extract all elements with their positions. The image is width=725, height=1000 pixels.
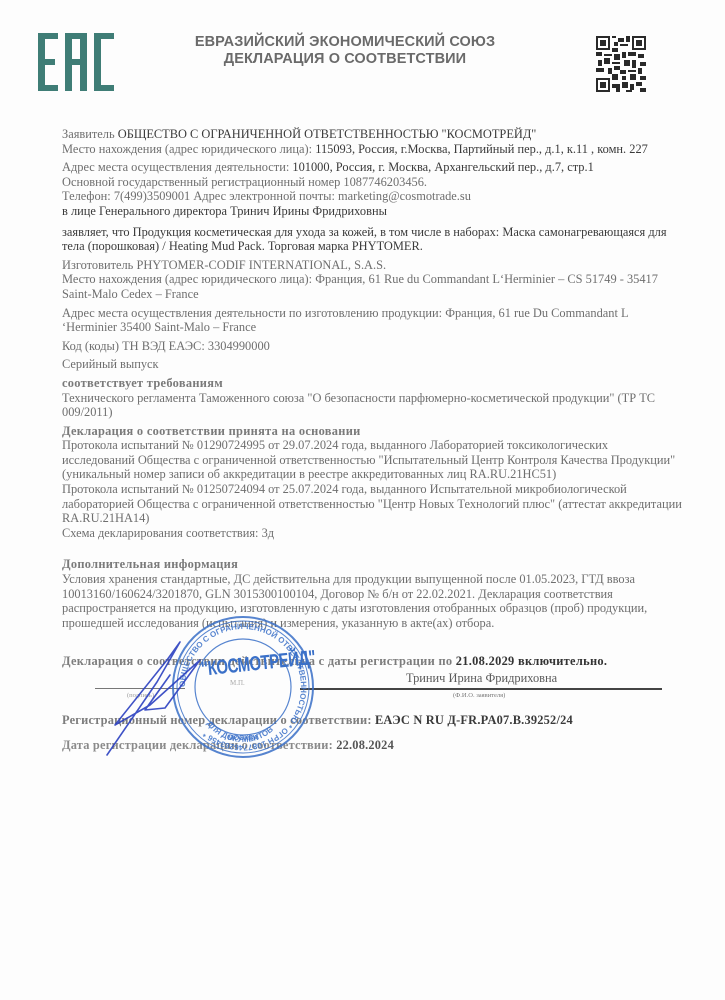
name-caption: (Ф.И.О. заявителя) xyxy=(453,692,505,699)
basis-heading: Декларация о соответствии принята на осн… xyxy=(62,424,682,439)
signer-name: Тринич Ирина Фридриховна xyxy=(406,671,557,686)
applicant-contacts: Телефон: 7(499)3509001 Адрес электронной… xyxy=(62,189,682,204)
compliance-heading: соответствует требованиям xyxy=(62,376,682,391)
signature-caption: (подпись) xyxy=(127,692,154,699)
ogrn-label: Основной государственный регистрационный… xyxy=(62,175,340,189)
phone-value: 7(499)3509001 xyxy=(114,189,190,203)
applicant-legal-address: Место нахождения (адрес юридического лиц… xyxy=(62,142,682,157)
qr-code-icon xyxy=(596,36,646,92)
activity-address-label: Адрес места осуществления деятельности: xyxy=(62,160,289,174)
registration-date-line: Дата регистрации декларации о соответств… xyxy=(62,738,394,753)
applicant-label: Заявитель xyxy=(62,127,115,141)
email-value: marketing@cosmotrade.su xyxy=(338,189,471,203)
registration-number-line: Регистрационный номер декларации о соотв… xyxy=(62,713,573,728)
eac-letter-a xyxy=(65,33,87,91)
applicant-line: Заявитель ОБЩЕСТВО С ОГРАНИЧЕННОЙ ОТВЕТС… xyxy=(62,127,682,142)
manufacturer-label: Изготовитель xyxy=(62,258,133,272)
product-description-value: Продукция косметическая для ухода за кож… xyxy=(62,225,667,254)
validity-date: 21.08.2029 xyxy=(456,654,515,668)
seal-place-caption: М.П. xyxy=(230,679,245,687)
registration-date-label: Дата регистрации декларации о соответств… xyxy=(62,738,333,752)
phone-label: Телефон: xyxy=(62,189,111,203)
registration-date-value: 22.08.2024 xyxy=(336,738,394,752)
name-line xyxy=(300,688,662,690)
manufacturer-value: PHYTOMER-CODIF INTERNATIONAL, S.A.S. xyxy=(136,258,386,272)
additional-info-text: Условия хранения стандартные, ДС действи… xyxy=(62,572,682,630)
hs-code-value: 3304990000 xyxy=(208,339,270,353)
manufacturer-legal-address: Место нахождения (адрес юридического лиц… xyxy=(62,272,682,301)
legal-address-label: Место нахождения (адрес юридического лиц… xyxy=(62,142,312,156)
additional-info-heading: Дополнительная информация xyxy=(62,557,682,572)
compliance-regulation: Технического регламента Таможенного союз… xyxy=(62,391,682,420)
stamp-company-name: "КОСМОТРЕЙД" xyxy=(200,648,302,681)
applicant-represented-by: в лице Генерального директора Тринич Ири… xyxy=(62,204,682,219)
hs-code-label: Код (коды) ТН ВЭД ЕАЭС: xyxy=(62,339,205,353)
declares-label: заявляет, что xyxy=(62,225,130,239)
production-type: Серийный выпуск xyxy=(62,357,682,372)
header-title-line2: ДЕКЛАРАЦИЯ О СООТВЕТСТВИИ xyxy=(185,51,505,68)
eac-letter-e xyxy=(38,33,58,91)
applicant-ogrn: Основной государственный регистрационный… xyxy=(62,175,682,190)
registration-number-value: ЕАЭС N RU Д-FR.PA07.B.39252/24 xyxy=(375,713,573,727)
header-title-line1: ЕВРАЗИЙСКИЙ ЭКОНОМИЧЕСКИЙ СОЮЗ xyxy=(185,34,505,51)
header-title: ЕВРАЗИЙСКИЙ ЭКОНОМИЧЕСКИЙ СОЮЗ ДЕКЛАРАЦИ… xyxy=(185,34,505,68)
eac-letter-c xyxy=(94,33,114,91)
ogrn-value: 1087746203456. xyxy=(343,175,427,189)
product-description: заявляет, что Продукция косметическая дл… xyxy=(62,225,682,254)
validity-suffix: включительно. xyxy=(518,654,607,668)
hs-code-line: Код (коды) ТН ВЭД ЕАЭС: 3304990000 xyxy=(62,339,682,354)
registration-number-label: Регистрационный номер декларации о соотв… xyxy=(62,713,372,727)
basis-protocol-2: Протокола испытаний № 01250724094 от 25.… xyxy=(62,482,682,526)
signature-line xyxy=(95,688,185,689)
manufacturer-activity-address: Адрес места осуществления деятельности п… xyxy=(62,306,682,335)
validity-line: Декларация о соответствии действительна … xyxy=(62,654,607,669)
activity-address-value: 101000, Россия, г. Москва, Архангельский… xyxy=(292,160,593,174)
eac-logo xyxy=(38,33,116,91)
mfr-legal-address-label: Место нахождения (адрес юридического лиц… xyxy=(62,272,312,286)
declaration-body: Заявитель ОБЩЕСТВО С ОГРАНИЧЕННОЙ ОТВЕТС… xyxy=(62,127,682,630)
mfr-activity-address-label: Адрес места осуществления деятельности п… xyxy=(62,306,442,320)
declaration-page: ЕВРАЗИЙСКИЙ ЭКОНОМИЧЕСКИЙ СОЮЗ ДЕКЛАРАЦИ… xyxy=(0,0,725,1000)
legal-address-value: 115093, Россия, г.Москва, Партийный пер.… xyxy=(315,142,648,156)
applicant-activity-address: Адрес места осуществления деятельности: … xyxy=(62,160,682,175)
manufacturer-line: Изготовитель PHYTOMER-CODIF INTERNATIONA… xyxy=(62,258,682,273)
applicant-name: ОБЩЕСТВО С ОГРАНИЧЕННОЙ ОТВЕТСТВЕННОСТЬЮ… xyxy=(118,127,537,141)
email-label: Адрес электронной почты: xyxy=(193,189,335,203)
declaration-scheme: Схема декларирования соответствия: 3д xyxy=(62,526,682,541)
basis-protocol-1: Протокола испытаний № 01290724995 от 29.… xyxy=(62,438,682,482)
